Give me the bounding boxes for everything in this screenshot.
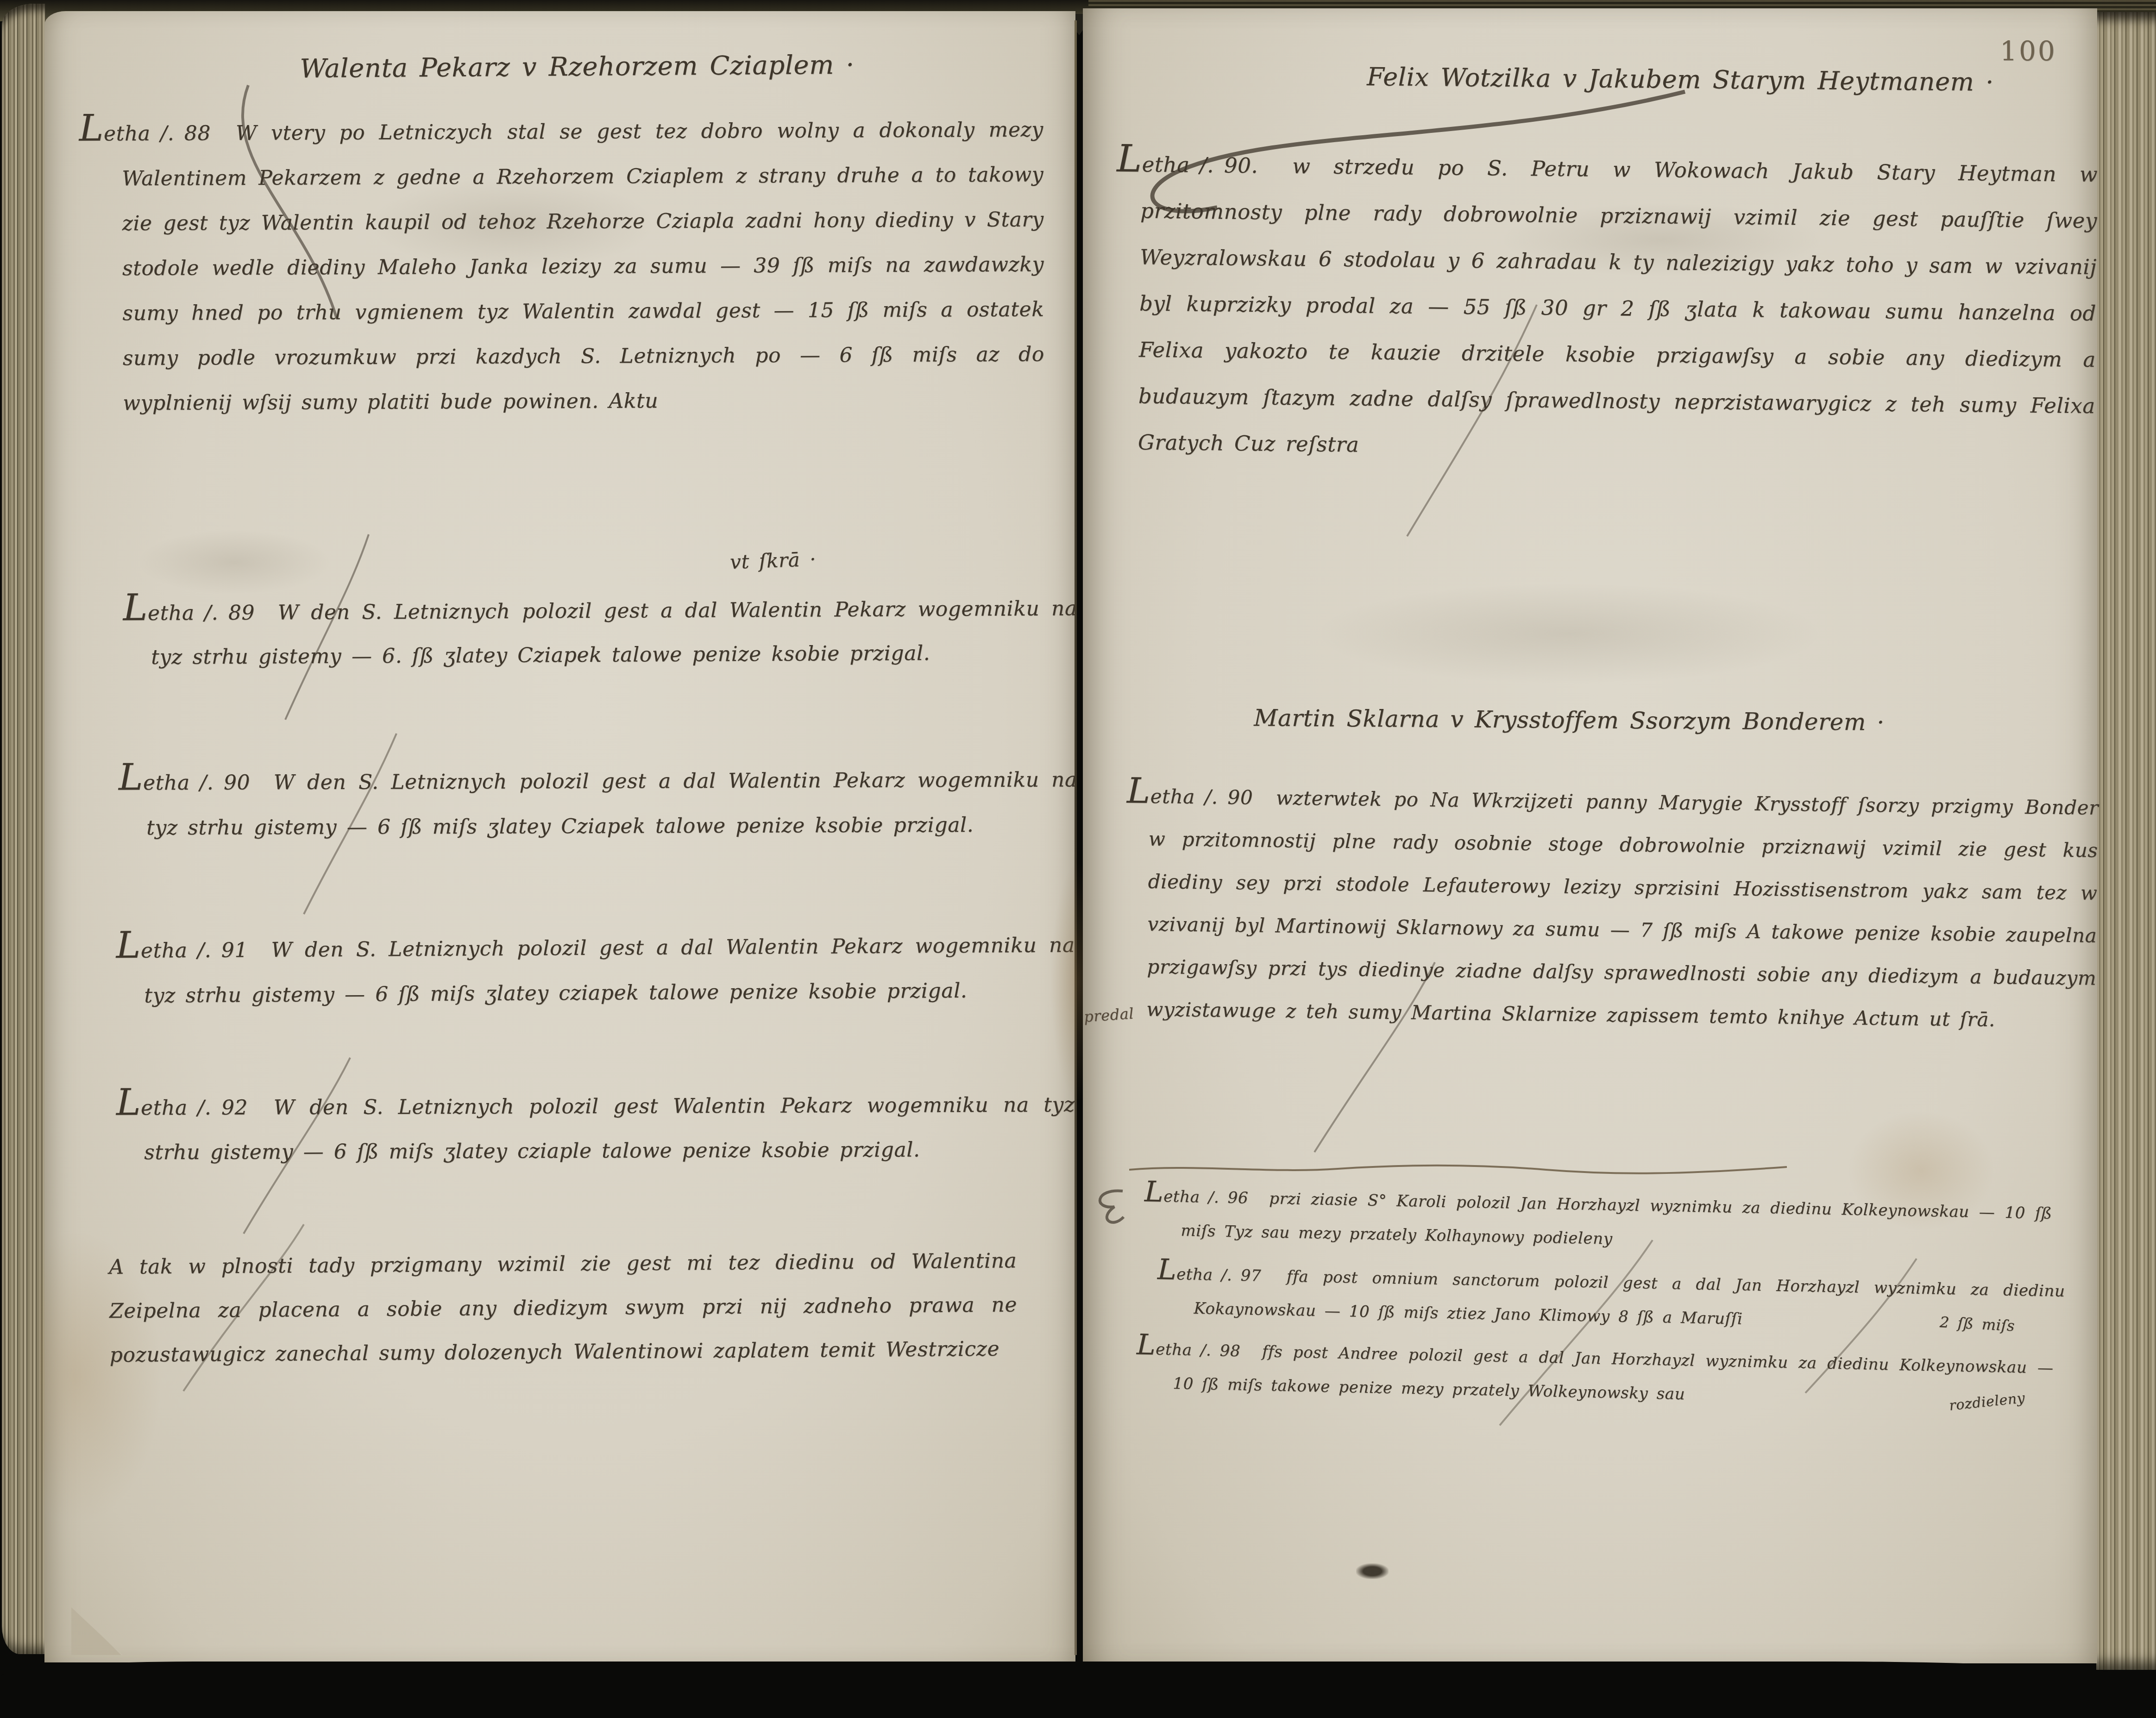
entry-year-label: Letha /. 90. [1129,141,1258,189]
entry-year-90-hejtman: Letha /. 90. w strzedu po S. Petru w Wok… [1110,141,2098,476]
entry-year-label: Letha /. 88 [101,111,211,156]
right-page-heading-2: Martin Sklarna v Krysstoffem Ssorzym Bon… [1175,704,1963,736]
page-number: 100 [2000,35,2057,67]
right-page: 100 Felix Wotzilka v Jakubem Starym Heyt… [1083,8,2097,1663]
entry-year-label: Letha /. 90 [1138,775,1253,819]
entry-year-92: Letha /. 92 W den S. Letniznych polozil … [88,1083,1075,1175]
left-page-stack-edge [2,4,45,1654]
right-page-heading-1: Felix Wotzilka v Jakubem Starym Heytmane… [1240,61,2120,98]
left-page: Walenta Pekarz v Rzehorzem Cziaplem · Le… [44,11,1075,1662]
ink-blot [1356,1563,1389,1579]
entry-year-label: Letha /. 98 [1155,1333,1241,1368]
entry-text: ffa post omnium sanctorum polozil gest a… [1194,1267,2065,1328]
entry-year-label: Letha /. 91 [130,928,248,973]
entry-text: w strzedu po S. Petru w Wokowach Jakub S… [1138,154,2098,457]
entry-year-label: Letha /. 90 [132,760,251,806]
background-bottom-band [0,1662,2156,1718]
entry-year-92-continuation: A tak w plnosti tady przigmany wzimil zi… [109,1239,1018,1377]
entry-year-98: Letha /. 98 ffs post Andree polozil gest… [1140,1332,2054,1419]
dog-ear-fold [71,1603,122,1655]
entry-text: W vtery po Letniczych stal se gest tez d… [122,118,1044,415]
bleedthrough-stain [137,530,332,595]
entry-year-90: Letha /. 90 W den S. Letniznych polozil … [91,757,1078,850]
entry-year-91: Letha /. 91 W den S. Letniznych polozil … [88,922,1075,1018]
entry-year-label: Letha /. 92 [130,1086,248,1131]
entry-text: W den S. Letniznych polozil gest a dal W… [151,596,1077,669]
entry-year-90-sklarna: Letha /. 90 wzterwtek po Na Wkrzijzeti p… [1119,775,2099,1042]
entry-year-89: Letha /. 89 W den S. Letniznych polozil … [95,586,1078,679]
entry-year-label: Letha /. 96 [1163,1180,1249,1216]
entry-text: wzterwtek po Na Wkrzijzeti panny Marygie… [1146,786,2099,1031]
entry-curl-marker [1090,1185,1132,1231]
entry-year-label: Letha /. 97 [1175,1258,1262,1293]
bleedthrough-stain [1314,583,1824,684]
entry-closing-ut-supra: vt ſkrā · [729,548,817,573]
entry-text: W den S. Letniznych polozil gest a dal W… [146,768,1077,840]
entry-text: W den S. Letniznych polozil gest Walenti… [144,1093,1075,1164]
section-divider-wavy-line [1129,1162,1833,1176]
entry-text: W den S. Letniznych polozil gest a dal W… [144,933,1075,1007]
entry-year-97: Letha /. 97 ffa post omnium sanctorum po… [1161,1257,2065,1342]
entry-year-96: Letha /. 96 przi ziasie S° Karoli polozi… [1148,1179,2052,1264]
entry-text: ffs post Andree polozil gest a dal Jan H… [1173,1342,2054,1404]
left-page-heading: Walenta Pekarz v Rzehorzem Cziaplem · [123,49,1031,85]
entry-year-88: Letha /. 88 W vtery po Letniczych stal s… [101,107,1045,426]
entry-text: przi ziasie S° Karoli polozil Jan Horzha… [1181,1189,2052,1248]
fore-edge-page-stack [2096,12,2156,1670]
entry-year-label: Letha /. 89 [137,591,255,635]
book-gutter-crease [1075,20,1077,1655]
